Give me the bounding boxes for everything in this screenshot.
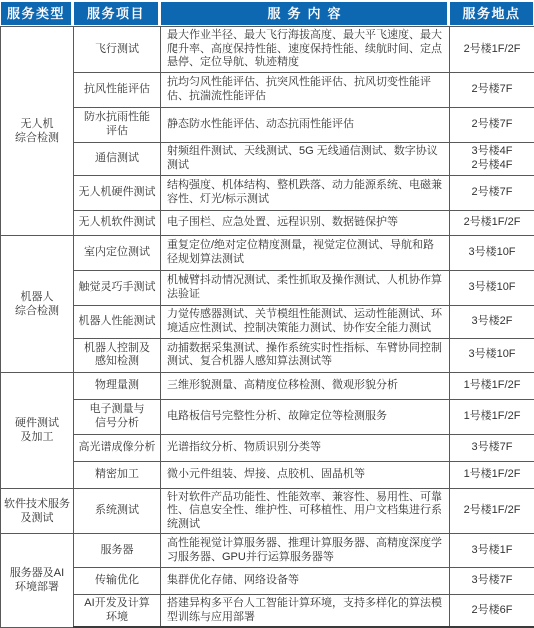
table-row: 通信测试 射频组件测试、天线测试、5G 无线通信测试、数字协议测试 3号楼4F … (1, 142, 534, 175)
location-cell: 2号楼7F (450, 175, 534, 210)
table-row: 无人机软件测试 电子围栏、应急处置、远程识别、数据链保护等 2号楼1F/2F (1, 210, 534, 235)
services-table: 无人机 综合检测 飞行测试 最大作业半径、最大飞行海拔高度、最大平飞速度、最大爬… (0, 26, 534, 628)
content-cell: 静态防水性能评估、动态抗雨性能评估 (161, 107, 450, 142)
table-row: 无人机硬件测试 结构强度、机体结构、整机跌落、动力能源系统、电磁兼容性、灯光/标… (1, 175, 534, 210)
content-cell: 光谱指纹分析、物质识别分类等 (161, 434, 450, 461)
location-cell: 2号楼7F (450, 107, 534, 142)
content-cell: 三维形貌测量、高精度位移检测、微观形貌分析 (161, 372, 450, 399)
services-page: 服务类型 服务项目 服务内容 服务地点 无人机 综合检测 飞行测试 最大作业半径… (0, 0, 534, 628)
location-cell: 2号楼1F/2F (450, 210, 534, 235)
content-cell: 结构强度、机体结构、整机跌落、动力能源系统、电磁兼容性、灯光/标示测试 (161, 175, 450, 210)
item-cell: 电子测量与 信号分析 (74, 399, 161, 434)
table-row: 机器人性能测试 力觉传感器测试、关节模组性能测试、运动性能测试、环境适应性测试、… (1, 305, 534, 338)
item-cell: 通信测试 (74, 142, 161, 175)
header-cell-location: 服务地点 (450, 2, 533, 25)
category-cell: 软件技术服务 及测试 (1, 488, 74, 534)
item-cell: 服务器 (74, 534, 161, 568)
item-cell: 机器人性能测试 (74, 305, 161, 338)
content-cell: 重复定位/绝对定位精度测量，视觉定位测试、导航和路径规划算法测试 (161, 235, 450, 270)
item-cell: 无人机硬件测试 (74, 175, 161, 210)
location-cell: 2号楼1F/2F (450, 27, 534, 73)
content-cell: 机械臂抖动情况测试、柔性抓取及操作测试、人机协作算法验证 (161, 270, 450, 305)
content-cell: 搭建异构多平台人工智能计算环境，支持多样化的算法模型训练与应用部署 (161, 595, 450, 628)
content-cell: 抗均匀风性能评估、抗突风性能评估、抗风切变性能评估、抗湍流性能评估 (161, 72, 450, 107)
location-cell: 3号楼7F (450, 434, 534, 461)
table-row: 高光谱成像分析 光谱指纹分析、物质识别分类等 3号楼7F (1, 434, 534, 461)
table-row: 精密加工 微小元件组装、焊接、点胶机、固晶机等 1号楼1F/2F (1, 461, 534, 488)
location-cell: 2号楼7F (450, 72, 534, 107)
table-row: 机器人 综合检测 室内定位测试 重复定位/绝对定位精度测量，视觉定位测试、导航和… (1, 235, 534, 270)
item-cell: 室内定位测试 (74, 235, 161, 270)
content-cell: 最大作业半径、最大飞行海拔高度、最大平飞速度、最大爬升率、高度保持性能、速度保持… (161, 27, 450, 73)
table-row: 抗风性能评估 抗均匀风性能评估、抗突风性能评估、抗风切变性能评估、抗湍流性能评估… (1, 72, 534, 107)
item-cell: 无人机软件测试 (74, 210, 161, 235)
table-row: 服务器及AI 环境部署 服务器 高性能视觉计算服务器、推理计算服务器、高精度深度… (1, 534, 534, 568)
table-row: 防水抗雨性能 评估 静态防水性能评估、动态抗雨性能评估 2号楼7F (1, 107, 534, 142)
content-cell: 针对软件产品功能性、性能效率、兼容性、易用性、可靠性、信息安全性、维护性、可移植… (161, 488, 450, 534)
table-row: AI开发及计算 环境 搭建异构多平台人工智能计算环境，支持多样化的算法模型训练与… (1, 595, 534, 628)
location-cell: 3号楼10F (450, 270, 534, 305)
content-cell: 电子围栏、应急处置、远程识别、数据链保护等 (161, 210, 450, 235)
content-cell: 射频组件测试、天线测试、5G 无线通信测试、数字协议测试 (161, 142, 450, 175)
table-row: 电子测量与 信号分析 电路板信号完整性分析、故障定位等检测服务 1号楼1F/2F (1, 399, 534, 434)
table-row: 软件技术服务 及测试 系统测试 针对软件产品功能性、性能效率、兼容性、易用性、可… (1, 488, 534, 534)
category-cell: 机器人 综合检测 (1, 235, 74, 372)
table-row: 无人机 综合检测 飞行测试 最大作业半径、最大飞行海拔高度、最大平飞速度、最大爬… (1, 27, 534, 73)
table-header: 服务类型 服务项目 服务内容 服务地点 (0, 0, 534, 25)
item-cell: 传输优化 (74, 568, 161, 595)
location-cell: 1号楼1F/2F (450, 399, 534, 434)
location-cell: 3号楼2F (450, 305, 534, 338)
item-cell: 防水抗雨性能 评估 (74, 107, 161, 142)
header-cell-type: 服务类型 (1, 2, 71, 25)
location-cell: 2号楼1F/2F (450, 488, 534, 534)
content-cell: 力觉传感器测试、关节模组性能测试、运动性能测试、环境适应性测试、控制决策能力测试… (161, 305, 450, 338)
table-row: 传输优化 集群优化存储、网络设备等 3号楼7F (1, 568, 534, 595)
table-row: 硬件测试 及加工 物理量测 三维形貌测量、高精度位移检测、微观形貌分析 1号楼1… (1, 372, 534, 399)
item-cell: 精密加工 (74, 461, 161, 488)
location-cell: 1号楼1F/2F (450, 461, 534, 488)
location-cell: 3号楼1F (450, 534, 534, 568)
item-cell: 系统测试 (74, 488, 161, 534)
location-cell: 3号楼4F 2号楼4F (450, 142, 534, 175)
item-cell: AI开发及计算 环境 (74, 595, 161, 628)
location-cell: 3号楼10F (450, 235, 534, 270)
location-cell: 3号楼10F (450, 338, 534, 372)
item-cell: 飞行测试 (74, 27, 161, 73)
item-cell: 物理量测 (74, 372, 161, 399)
content-cell: 动捕数据采集测试、操作系统实时性指标、车臂协同控制测试、复合机器人感知算法测试等 (161, 338, 450, 372)
table-row: 机器人控制及 感知检测 动捕数据采集测试、操作系统实时性指标、车臂协同控制测试、… (1, 338, 534, 372)
content-cell: 集群优化存储、网络设备等 (161, 568, 450, 595)
item-cell: 触觉灵巧手测试 (74, 270, 161, 305)
item-cell: 高光谱成像分析 (74, 434, 161, 461)
header-cell-item: 服务项目 (74, 2, 158, 25)
table-row: 触觉灵巧手测试 机械臂抖动情况测试、柔性抓取及操作测试、人机协作算法验证 3号楼… (1, 270, 534, 305)
category-cell: 无人机 综合检测 (1, 27, 74, 236)
item-cell: 机器人控制及 感知检测 (74, 338, 161, 372)
location-cell: 2号楼6F (450, 595, 534, 628)
content-cell: 电路板信号完整性分析、故障定位等检测服务 (161, 399, 450, 434)
category-cell: 硬件测试 及加工 (1, 372, 74, 488)
location-cell: 3号楼7F (450, 568, 534, 595)
header-cell-content: 服务内容 (161, 2, 447, 25)
item-cell: 抗风性能评估 (74, 72, 161, 107)
location-cell: 1号楼1F/2F (450, 372, 534, 399)
content-cell: 高性能视觉计算服务器、推理计算服务器、高精度深度学习服务器、GPU并行运算服务器… (161, 534, 450, 568)
content-cell: 微小元件组装、焊接、点胶机、固晶机等 (161, 461, 450, 488)
